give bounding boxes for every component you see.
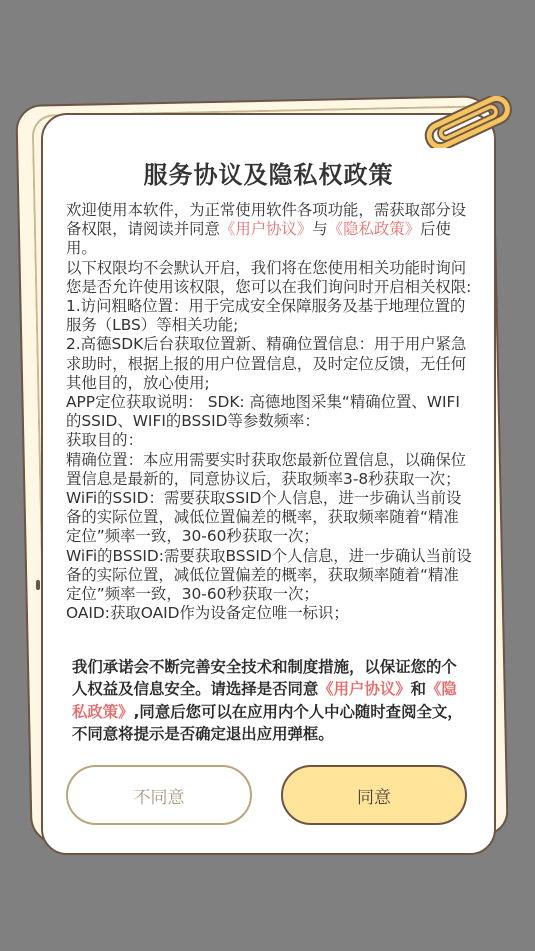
intro-connector: 与	[312, 220, 327, 238]
policy-paragraph: 2.高德SDK后台获取位置新、精确位置信息：用于用户紧急求助时，根据上报的用户位…	[66, 335, 472, 393]
paperclip-icon	[420, 96, 514, 148]
user-agreement-link[interactable]: 《用户协议》	[220, 220, 312, 238]
dialog-title: 服务协议及隐私权政策	[43, 155, 494, 190]
policy-text-scroll[interactable]: 欢迎使用本软件，为正常使用软件各项功能，需获取部分设备权限，请阅读并同意《用户协…	[66, 201, 472, 651]
agree-button[interactable]: 同意	[281, 765, 467, 825]
policy-paragraph: WiFi的BSSID:需要获取BSSID个人信息，进一步确认当前设备的实际位置，…	[66, 547, 472, 605]
policy-paragraph: OAID:获取OAID作为设备定位唯一标识；	[66, 604, 472, 623]
disagree-button[interactable]: 不同意	[66, 765, 252, 825]
policy-paragraph: 精确位置：本应用需要实时获取您最新位置信息，以确保位置信息是最新的，同意协议后，…	[66, 451, 472, 489]
policy-paragraph: 获取目的：	[66, 431, 472, 450]
privacy-dialog: 服务协议及隐私权政策 欢迎使用本软件，为正常使用软件各项功能，需获取部分设备权限…	[41, 113, 496, 855]
policy-paragraph: 以下权限均不会默认开启，我们将在您使用相关功能时询问您是否允许使用该权限，您可以…	[66, 259, 472, 297]
policy-paragraph: 1.访问粗略位置：用于完成安全保障服务及基于地理位置的服务（LBS）等相关功能;	[66, 297, 472, 335]
intro-paragraph: 欢迎使用本软件，为正常使用软件各项功能，需获取部分设备权限，请阅读并同意《用户协…	[66, 201, 472, 259]
notice-connector: 和	[411, 680, 426, 698]
policy-paragraph: APP定位获取说明： SDK: 高德地图采集“精确位置、WIFI的SSID、WI…	[66, 393, 472, 431]
privacy-policy-link[interactable]: 《隐私政策》	[328, 220, 420, 238]
policy-paragraph: WiFi的SSID：需要获取SSID个人信息，进一步确认当前设备的实际位置，减低…	[66, 489, 472, 547]
consent-notice: 我们承诺会不断完善安全技术和制度措施，以保证您的个人权益及信息安全。请选择是否同…	[72, 656, 472, 746]
notice-user-agreement-link[interactable]: 《用户协议》	[318, 680, 410, 698]
paper-edge-mark	[36, 580, 40, 590]
